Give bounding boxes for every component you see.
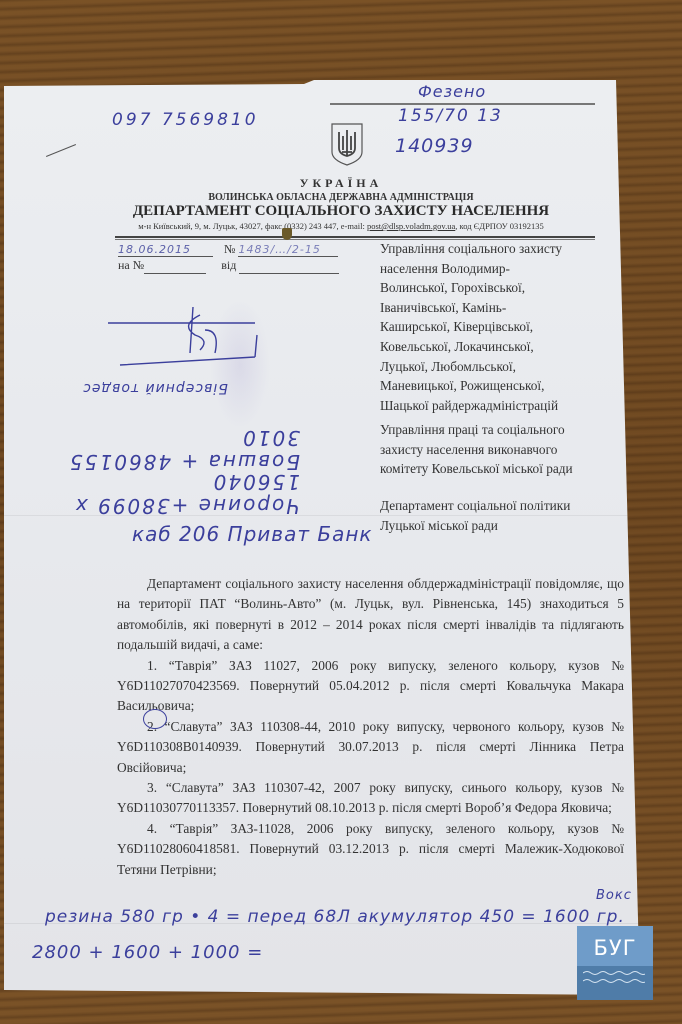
department-email-link[interactable]: post@dlsp.voladm.gov.ua bbox=[367, 221, 455, 231]
reply-reference-line: на № від bbox=[118, 258, 339, 274]
handwritten-ref-number-2: 140939 bbox=[395, 135, 474, 157]
trident-emblem-icon bbox=[330, 122, 364, 166]
administration-title: ВОЛИНСЬКА ОБЛАСНА ДЕРЖАВНА АДМІНІСТРАЦІЯ bbox=[0, 192, 682, 203]
handwritten-upside-note-2: Бовшна + 4860155 3010 bbox=[10, 426, 300, 474]
handwritten-upside-note-3: Чороине +38099 х 156040 bbox=[0, 470, 300, 518]
wave-icon bbox=[583, 970, 645, 976]
reply-number-blank bbox=[144, 258, 206, 274]
handwritten-phone: 097 7569810 bbox=[112, 110, 259, 130]
department-address: м-н Київський, 9, м. Луцьк, 43027, факс … bbox=[0, 221, 682, 231]
department-title: ДЕПАРТАМЕНТ СОЦІАЛЬНОГО ЗАХИСТУ НАСЕЛЕНН… bbox=[0, 203, 682, 220]
header-top-rule bbox=[330, 103, 595, 105]
handwritten-expenses-line: резина 580 гр • 4 = перед 68Л акумулятор… bbox=[45, 907, 625, 927]
handwritten-circle-mark bbox=[143, 709, 167, 729]
registration-line: 18.06.2015 № 1483/…/2-15 bbox=[118, 242, 338, 257]
letterhead-rule bbox=[115, 236, 595, 238]
logo-waves bbox=[577, 966, 653, 1000]
recipient-block-1: Управління соціального захисту населення… bbox=[380, 239, 630, 415]
handwritten-upside-note-1: Бівсерний товдес bbox=[15, 380, 295, 396]
handwritten-ref-numbers: 155/70 13 bbox=[398, 106, 503, 126]
handwritten-expenses-note: Вокс bbox=[596, 888, 632, 903]
recipient-block-3: Департамент соціальної політики Луцької … bbox=[380, 496, 630, 535]
signature-mark bbox=[105, 305, 265, 375]
vehicle-item: 2. “Славута” ЗАЗ 110308-44, 2010 року ви… bbox=[117, 717, 624, 778]
bug-watermark-logo: БУГ bbox=[577, 926, 653, 1000]
handwritten-note-top-right: Фезено bbox=[418, 82, 486, 101]
country-title: УКРАЇНА bbox=[0, 176, 682, 191]
reply-date-blank bbox=[239, 258, 339, 274]
handwritten-office-note: каб 206 Приват Банк bbox=[132, 522, 372, 546]
vehicle-item: 4. “Таврія” ЗАЗ-11028, 2006 року випуску… bbox=[117, 819, 624, 880]
seal-mark bbox=[282, 228, 292, 240]
letter-body: Департамент соціального захисту населенн… bbox=[117, 574, 624, 880]
logo-label: БУГ bbox=[577, 926, 653, 966]
handwritten-sum-line: 2800 + 1600 + 1000 = bbox=[32, 942, 263, 963]
wave-icon bbox=[583, 978, 645, 984]
registration-number: 1483/…/2-15 bbox=[238, 243, 338, 257]
vehicle-item: 1. “Таврія” ЗАЗ 11027, 2006 року випуску… bbox=[117, 656, 624, 717]
registration-date: 18.06.2015 bbox=[118, 243, 213, 257]
recipient-block-2: Управління праці та соціального захисту … bbox=[380, 420, 630, 479]
vehicle-item: 3. “Славута” ЗАЗ 110307-42, 2007 року ви… bbox=[117, 778, 624, 819]
intro-paragraph: Департамент соціального захисту населенн… bbox=[117, 574, 624, 656]
